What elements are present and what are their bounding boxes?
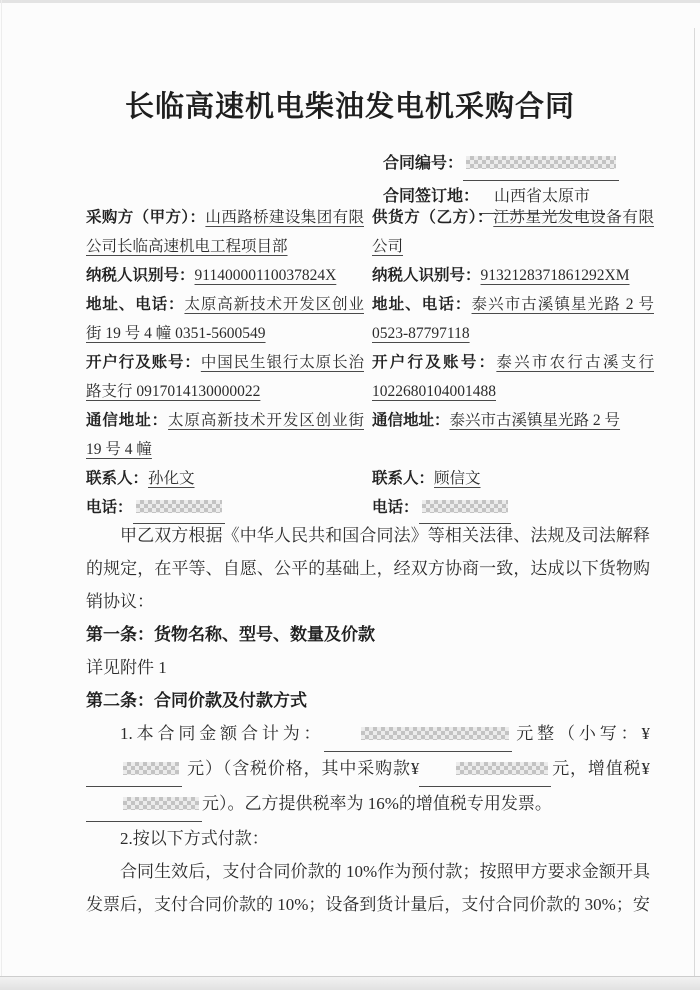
buyer-contact-value: 孙化文 bbox=[148, 470, 195, 487]
buyer-mail-label: 通信地址： bbox=[86, 412, 168, 429]
supplier-phone-label: 电话： bbox=[372, 499, 419, 516]
supplier-contact-value: 顾信文 bbox=[434, 470, 481, 487]
scan-edge-bottom bbox=[0, 976, 700, 990]
amount-text-2: 元整（小写：¥ bbox=[512, 724, 650, 743]
supplier-bank-field: 开户行及账号：泰兴市农行古溪支行 1022680104001488 bbox=[372, 348, 654, 406]
scan-edge-right bbox=[694, 28, 695, 978]
preamble-paragraph: 甲乙双方根据《中华人民共和国合同法》等相关法律、法规及司法解释的规定，在平等、自… bbox=[86, 519, 650, 618]
amount-text-4: 元，增值税¥ bbox=[551, 759, 650, 778]
buyer-bank-label: 开户行及账号： bbox=[86, 354, 201, 371]
supplier-address-field: 地址、电话：泰兴市古溪镇星光路 2 号 0523-87797118 bbox=[372, 290, 654, 348]
contract-document-page: 长临高速机电柴油发电机采购合同 合同编号： 合同签订地：山西省太原市 采购方（甲… bbox=[0, 0, 700, 990]
parties-section: 采购方（甲方）：山西路桥建设集团有限公司长临高速机电工程项目部 纳税人识别号：9… bbox=[86, 203, 654, 524]
contract-body: 甲乙双方根据《中华人民共和国合同法》等相关法律、法规及司法解释的规定，在平等、自… bbox=[86, 519, 650, 921]
supplier-address-label: 地址、电话： bbox=[372, 296, 472, 313]
supplier-column: 供货方（乙方）：江苏星光发电设备有限公司 纳税人识别号：913212837186… bbox=[372, 203, 654, 524]
supplier-taxid-label: 纳税人识别号： bbox=[372, 267, 481, 284]
vat-amount-value bbox=[86, 787, 202, 822]
payment-intro: 2.按以下方式付款： bbox=[86, 822, 650, 855]
amount-uppercase-value bbox=[324, 717, 512, 752]
buyer-address-label: 地址、电话： bbox=[86, 296, 184, 313]
amount-text-1: 1.本合同金额合计为： bbox=[120, 724, 324, 743]
supplier-mail-label: 通信地址： bbox=[372, 412, 450, 429]
supplier-role-label: 供货方（乙方）： bbox=[372, 209, 493, 226]
amount-lowercase-value bbox=[86, 752, 182, 787]
supplier-name-field: 供货方（乙方）：江苏星光发电设备有限公司 bbox=[372, 203, 654, 261]
buyer-column: 采购方（甲方）：山西路桥建设集团有限公司长临高速机电工程项目部 纳税人识别号：9… bbox=[86, 203, 364, 524]
amount-text-3: 元）（含税价格，其中采购款¥ bbox=[182, 759, 419, 778]
contract-title: 长临高速机电柴油发电机采购合同 bbox=[0, 84, 700, 125]
buyer-contact-field: 联系人：孙化文 bbox=[86, 464, 364, 493]
redacted-amount-lowercase bbox=[123, 762, 179, 775]
scan-edge-left bbox=[1, 0, 2, 990]
redacted-vat-amount bbox=[123, 797, 199, 810]
buyer-phone-label: 电话： bbox=[86, 499, 133, 516]
supplier-mail-field: 通信地址：泰兴市古溪镇星光路 2 号 bbox=[372, 406, 654, 464]
redacted-buyer-phone bbox=[136, 500, 222, 513]
buyer-role-label: 采购方（甲方）： bbox=[86, 209, 205, 226]
redacted-contract-number bbox=[466, 156, 616, 169]
payment-paragraph: 合同生效后，支付合同价款的 10%作为预付款；按照甲方要求金额开具发票后，支付合… bbox=[86, 855, 650, 921]
redacted-supplier-phone bbox=[422, 500, 508, 513]
amount-text-5: 元）。乙方提供税率为 16%的增值税专用发票。 bbox=[202, 794, 552, 813]
supplier-contact-label: 联系人： bbox=[372, 470, 434, 487]
contract-number-row: 合同编号： bbox=[383, 148, 619, 181]
purchase-amount-value bbox=[419, 752, 551, 787]
buyer-address-field: 地址、电话：太原高新技术开发区创业街 19 号 4 幢 0351-5600549 bbox=[86, 290, 364, 348]
clause2-heading: 第二条：合同价款及付款方式 bbox=[86, 684, 650, 717]
clause1-heading: 第一条：货物名称、型号、数量及价款 bbox=[86, 618, 650, 651]
clause1-text: 详见附件 1 bbox=[86, 651, 650, 684]
buyer-taxid-value: 91140000110037824X bbox=[195, 267, 337, 284]
redacted-amount-uppercase bbox=[361, 727, 509, 740]
buyer-name-field: 采购方（甲方）：山西路桥建设集团有限公司长临高速机电工程项目部 bbox=[86, 203, 364, 261]
supplier-contact-field: 联系人：顾信文 bbox=[372, 464, 654, 493]
buyer-bank-field: 开户行及账号：中国民生银行太原长治路支行 0917014130000022 bbox=[86, 348, 364, 406]
supplier-taxid-value: 9132128371861292XM bbox=[481, 267, 630, 284]
redacted-purchase-amount bbox=[456, 762, 548, 775]
supplier-bank-label: 开户行及账号： bbox=[372, 354, 496, 371]
buyer-contact-label: 联系人： bbox=[86, 470, 148, 487]
amount-paragraph: 1.本合同金额合计为：元整（小写：¥ 元）（含税价格，其中采购款¥元，增值税¥元… bbox=[86, 717, 650, 822]
buyer-taxid-label: 纳税人识别号： bbox=[86, 267, 195, 284]
buyer-mail-field: 通信地址：太原高新技术开发区创业街 19 号 4 幢 bbox=[86, 406, 364, 464]
buyer-taxid-field: 纳税人识别号：91140000110037824X bbox=[86, 261, 364, 290]
contract-number-value bbox=[463, 148, 619, 181]
scan-edge-top bbox=[0, 0, 700, 3]
supplier-mail-value: 泰兴市古溪镇星光路 2 号 bbox=[450, 412, 621, 429]
supplier-taxid-field: 纳税人识别号：9132128371861292XM bbox=[372, 261, 654, 290]
contract-number-label: 合同编号： bbox=[383, 155, 463, 172]
